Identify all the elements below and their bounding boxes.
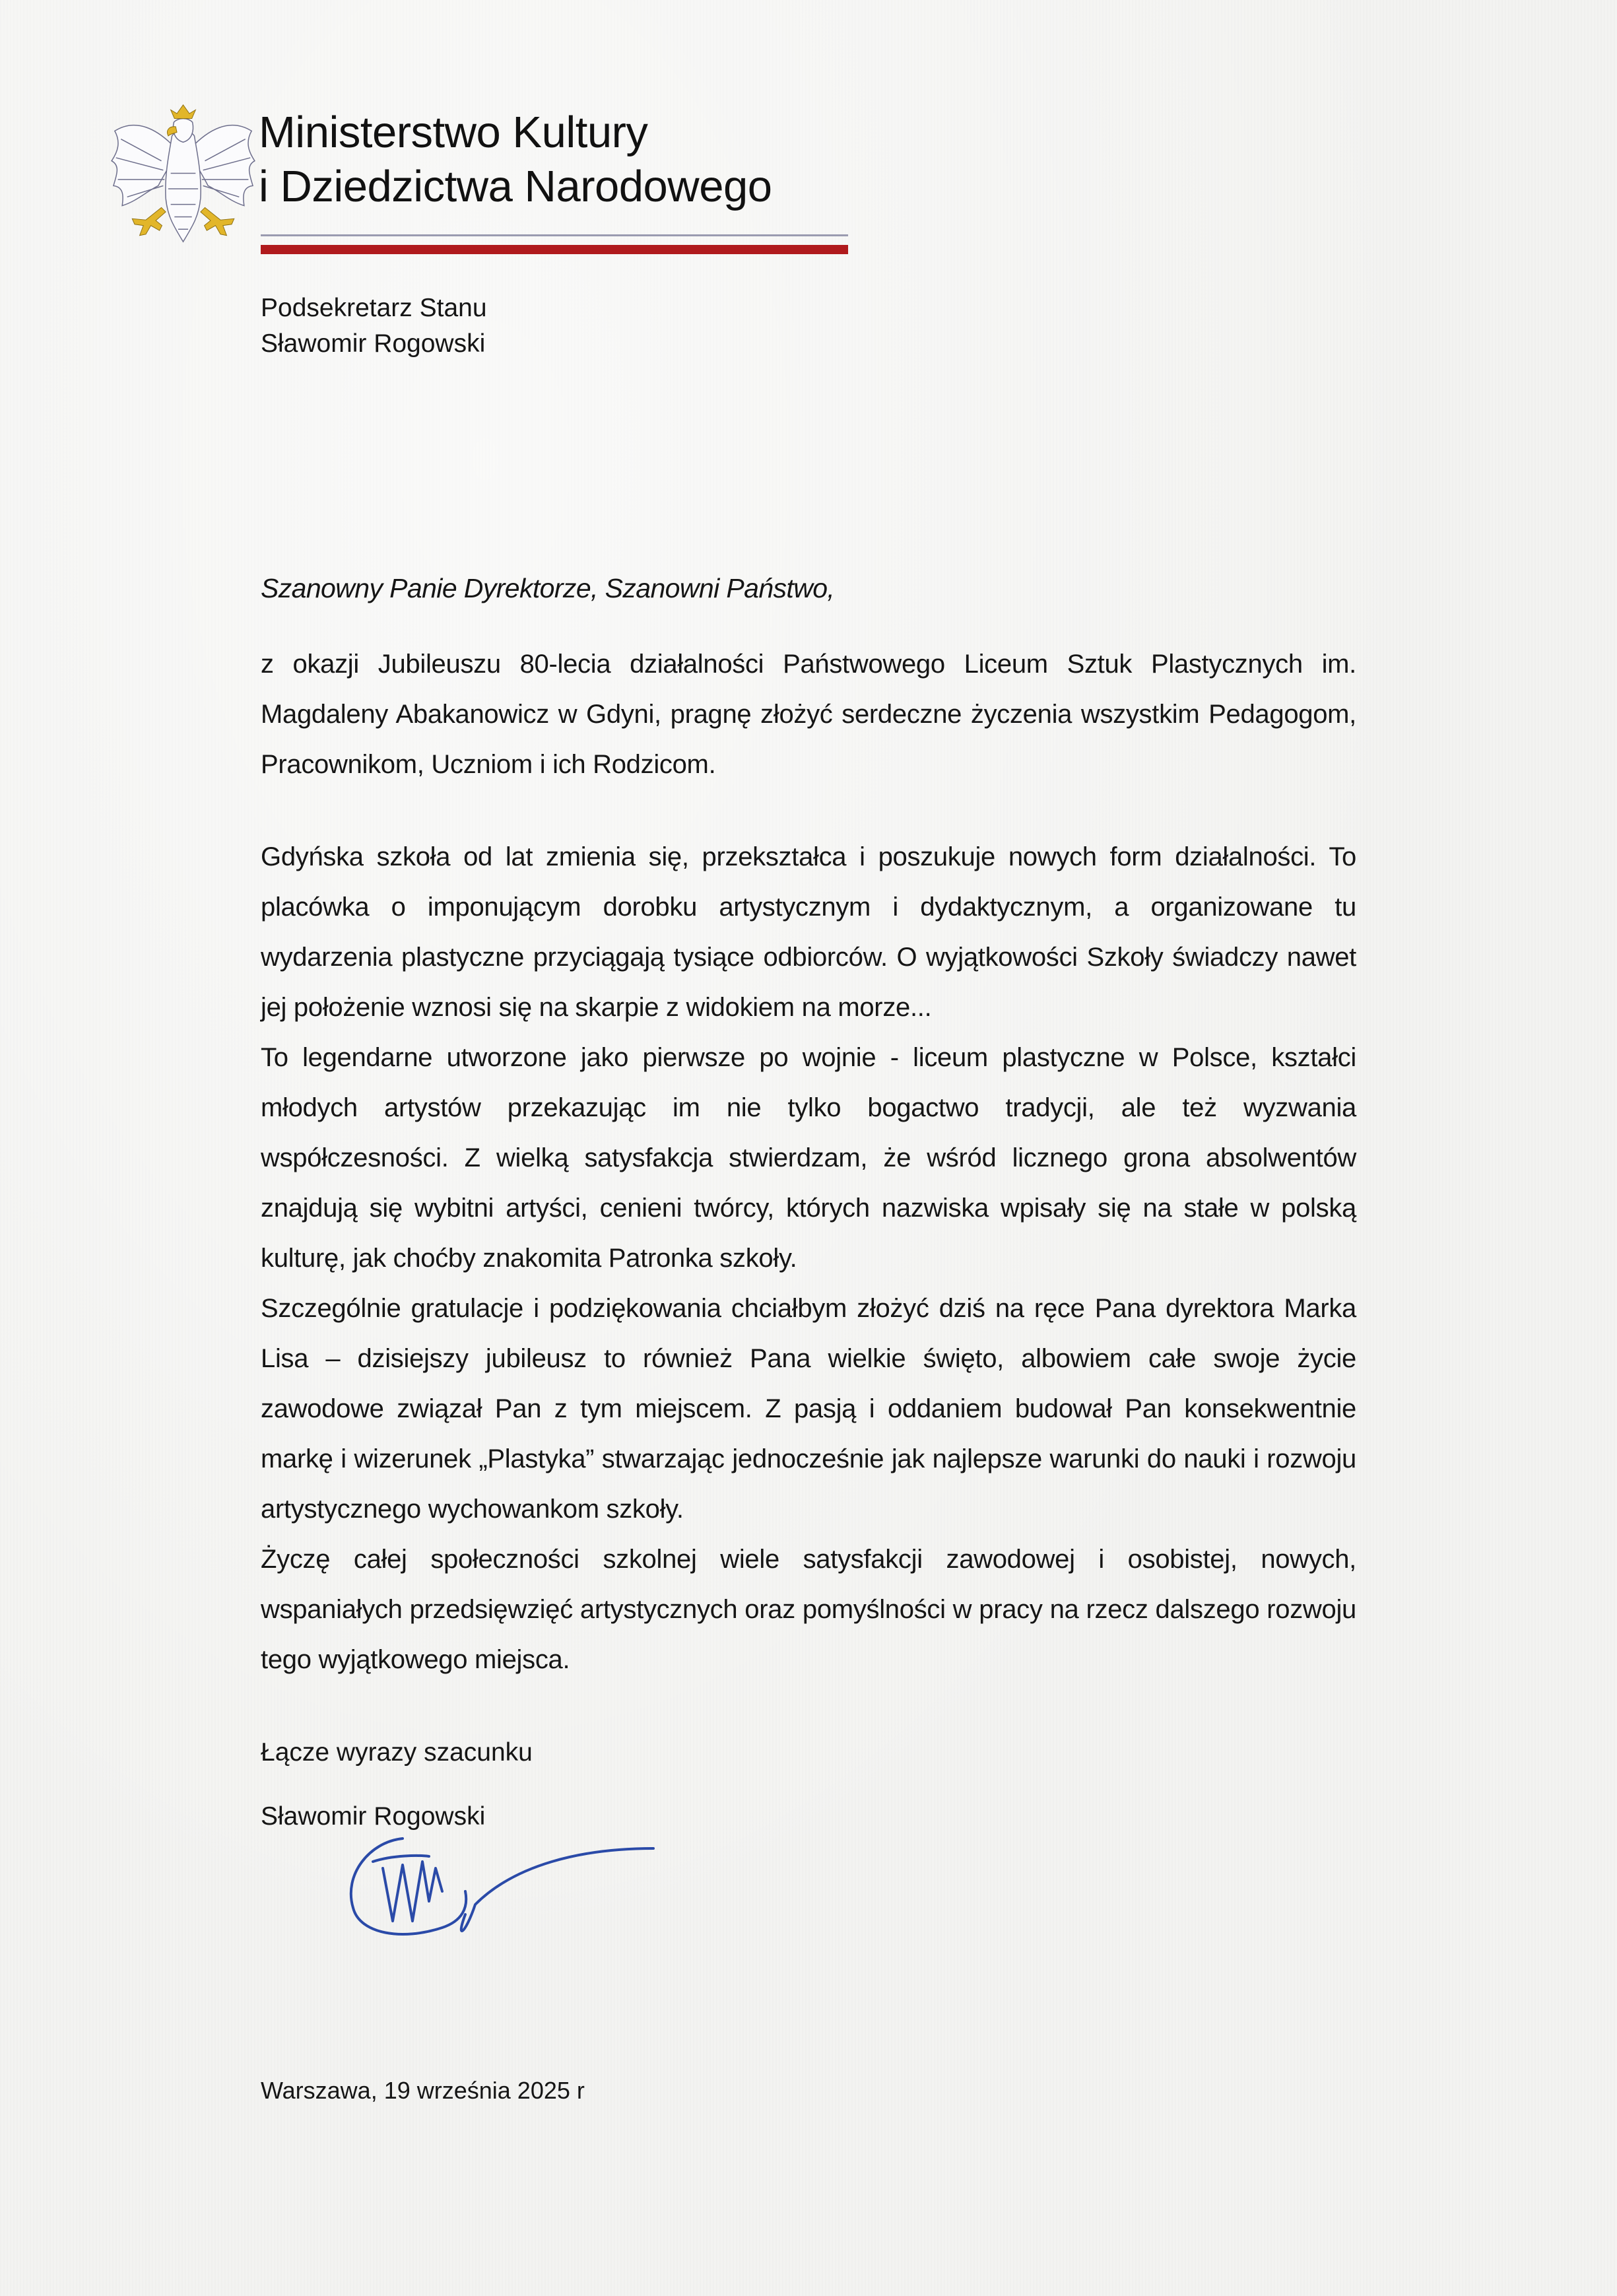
ministry-name-line2: i Dziedzictwa Narodowego	[259, 160, 772, 214]
handwritten-signature-icon	[330, 1829, 739, 1947]
paragraph: Szczególnie gratulacje i podziękowania c…	[261, 1283, 1356, 1534]
sender-title: Podsekretarz Stanu	[261, 290, 487, 326]
salutation: Szanowny Panie Dyrektorze, Szanowni Pańs…	[261, 573, 834, 604]
sender-name: Sławomir Rogowski	[261, 326, 487, 362]
body-paragraph-intro: z okazji Jubileuszu 80-lecia działalnośc…	[261, 639, 1356, 790]
letterhead-thin-rule	[261, 234, 848, 236]
letter-page: Ministerstwo Kultury i Dziedzictwa Narod…	[0, 0, 1617, 2296]
body-paragraphs-main: Gdyńska szkoła od lat zmienia się, przek…	[261, 832, 1356, 1685]
place-and-date: Warszawa, 19 września 2025 r	[261, 2077, 585, 2105]
polish-white-eagle-emblem-icon	[102, 92, 264, 254]
paragraph: z okazji Jubileuszu 80-lecia działalnośc…	[261, 639, 1356, 790]
ministry-name-line1: Ministerstwo Kultury	[259, 106, 772, 160]
ministry-name: Ministerstwo Kultury i Dziedzictwa Narod…	[259, 106, 772, 214]
paragraph: Życzę całej społeczności szkolnej wiele …	[261, 1534, 1356, 1685]
sender-block: Podsekretarz Stanu Sławomir Rogowski	[261, 290, 487, 362]
paragraph: Gdyńska szkoła od lat zmienia się, przek…	[261, 832, 1356, 1032]
letterhead-red-rule	[261, 245, 848, 254]
signer-name: Sławomir Rogowski	[261, 1802, 485, 1831]
paragraph: To legendarne utworzone jako pierwsze po…	[261, 1032, 1356, 1283]
closing-phrase: Łącze wyrazy szacunku	[261, 1738, 533, 1767]
